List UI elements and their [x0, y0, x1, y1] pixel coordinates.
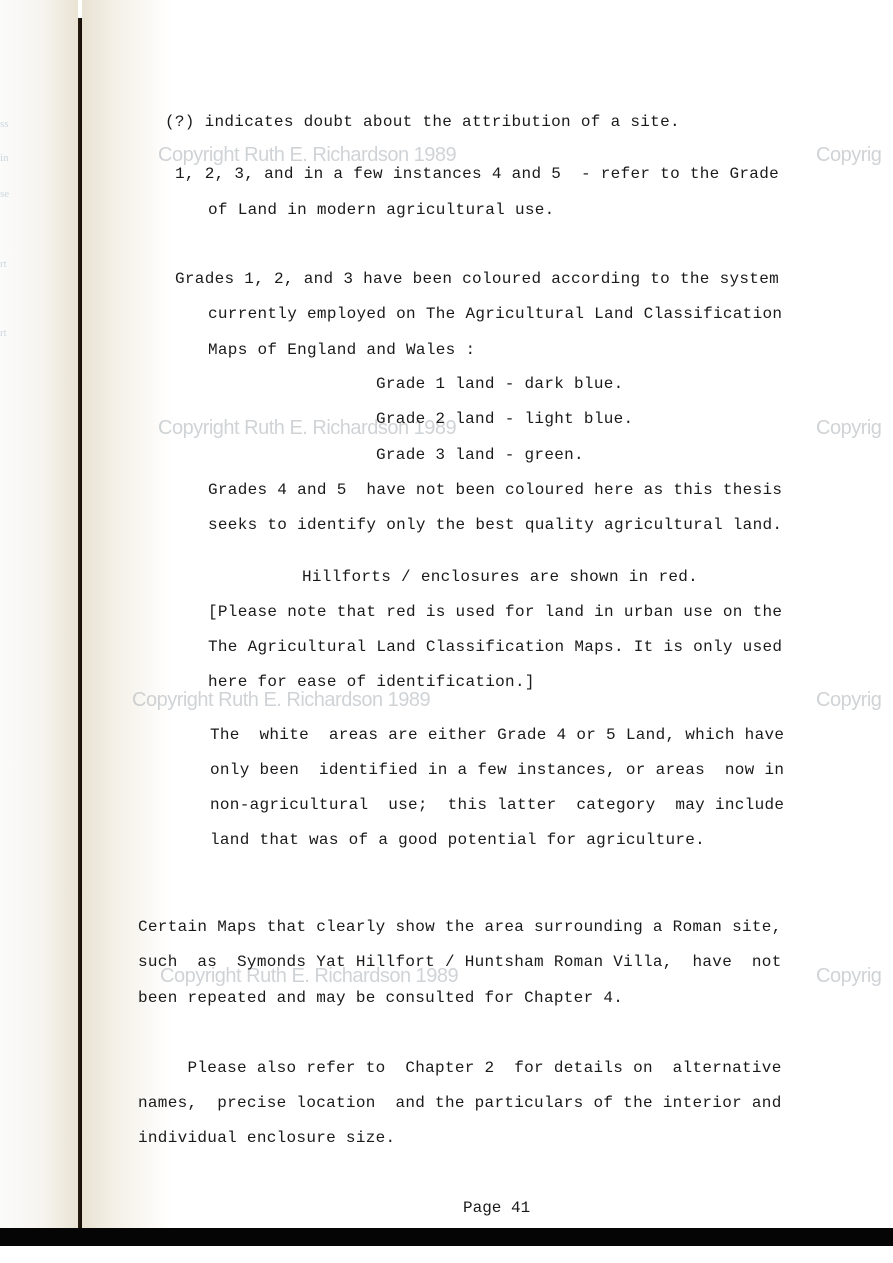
watermark: Copyrig: [816, 689, 881, 712]
refer-paragraph-line: individual enclosure size.: [138, 1130, 395, 1146]
grade-1-legend: Grade 1 land - dark blue.: [376, 376, 624, 392]
colouring-paragraph-line: currently employed on The Agricultural L…: [208, 306, 782, 322]
red-note-line: [Please note that red is used for land i…: [208, 604, 782, 620]
white-areas-line: land that was of a good potential for ag…: [210, 832, 705, 848]
white-areas-line: non-agricultural use; this latter catego…: [210, 797, 784, 813]
doubt-note: (?) indicates doubt about the attributio…: [165, 114, 680, 130]
maps-paragraph-line: been repeated and may be consulted for C…: [138, 990, 623, 1006]
watermark: Copyrig: [816, 144, 881, 167]
refer-paragraph-line: names, precise location and the particul…: [138, 1095, 782, 1111]
refer-paragraph-line: Please also refer to Chapter 2 for detai…: [138, 1060, 782, 1076]
bleed-through-text: in: [0, 152, 9, 164]
bleed-through-text: se: [0, 188, 9, 200]
grade-2-legend: Grade 2 land - light blue.: [376, 411, 633, 427]
colouring-paragraph-line: Maps of England and Wales :: [208, 342, 475, 358]
white-areas-line: only been identified in a few instances,…: [210, 762, 784, 778]
red-note-line: here for ease of identification.]: [208, 674, 535, 690]
white-areas-line: The white areas are either Grade 4 or 5 …: [210, 727, 784, 743]
watermark: Copyright Ruth E. Richardson 1989: [132, 689, 430, 712]
bleed-through-text: ss: [0, 118, 9, 130]
grade-3-legend: Grade 3 land - green.: [376, 447, 584, 463]
watermark: Copyright Ruth E. Richardson 1989: [158, 144, 456, 167]
page-number: Page 41: [463, 1199, 530, 1217]
grades-reference-line: of Land in modern agricultural use.: [208, 202, 555, 218]
not-coloured-line: Grades 4 and 5 have not been coloured he…: [208, 482, 782, 498]
bleed-through-text: rt: [0, 258, 7, 270]
bleed-through-text: rt: [0, 327, 7, 339]
red-note-line: The Agricultural Land Classification Map…: [208, 639, 782, 655]
maps-paragraph-line: such as Symonds Yat Hillfort / Huntsham …: [138, 954, 782, 970]
scan-border: [0, 1228, 893, 1246]
watermark: Copyrig: [816, 965, 881, 988]
page-curve-shadow: [82, 0, 172, 1228]
grades-reference-line: 1, 2, 3, and in a few instances 4 and 5 …: [175, 166, 779, 182]
hillforts-legend: Hillforts / enclosures are shown in red.: [302, 569, 698, 585]
maps-paragraph-line: Certain Maps that clearly show the area …: [138, 919, 782, 935]
watermark: Copyrig: [816, 417, 881, 440]
colouring-paragraph-line: Grades 1, 2, and 3 have been coloured ac…: [175, 271, 779, 287]
facing-page-edge: ss in se rt rt: [0, 0, 78, 1228]
not-coloured-line: seeks to identify only the best quality …: [208, 517, 782, 533]
